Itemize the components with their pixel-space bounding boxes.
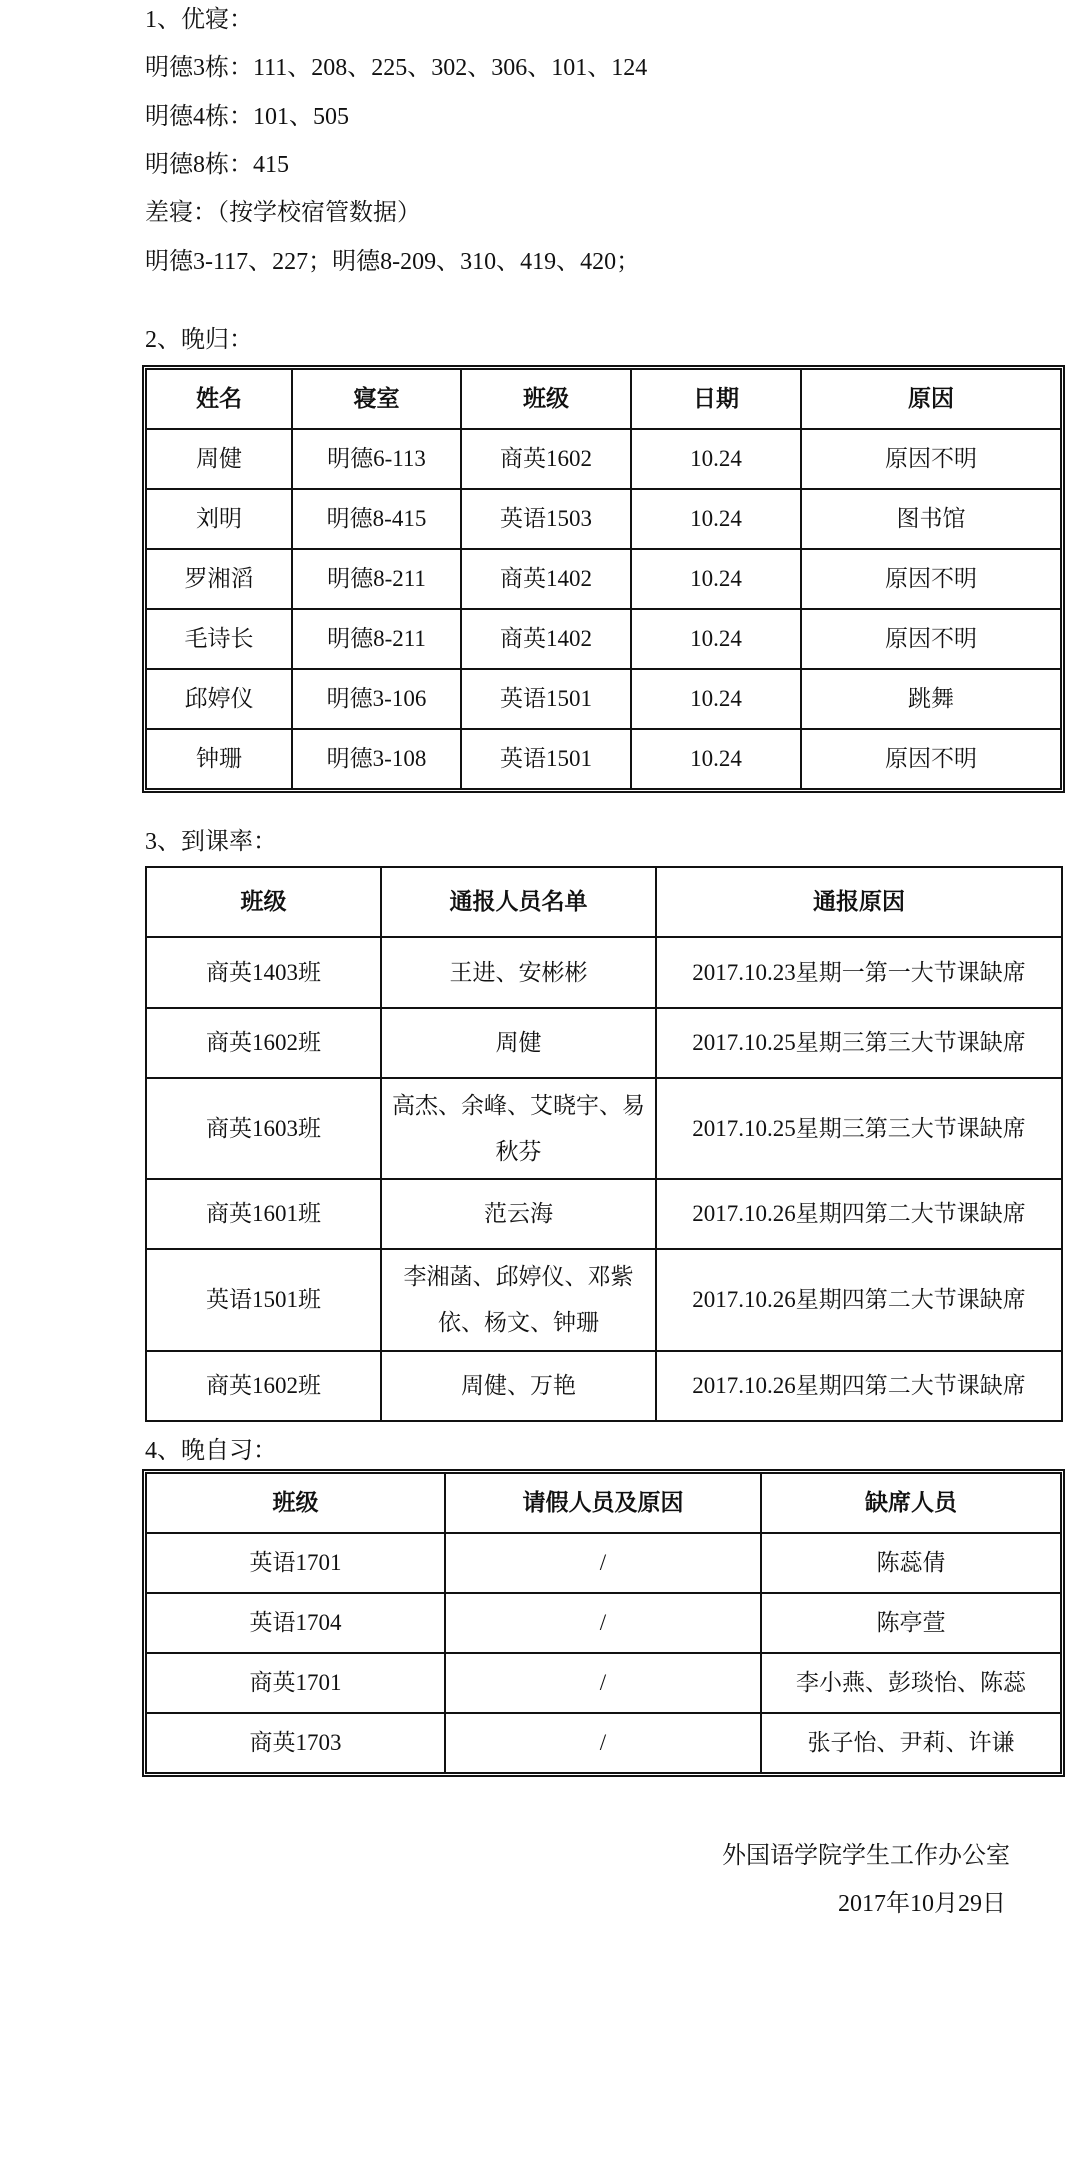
table-cell: 10.24 xyxy=(631,429,801,489)
table-row: 英语1701 / 陈蕊倩 xyxy=(146,1533,1061,1593)
table-cell: 原因不明 xyxy=(801,729,1061,789)
table-cell: 商英1602班 xyxy=(146,1008,381,1078)
table-row: 商英1701 / 李小燕、彭琰怡、陈蕊 xyxy=(146,1653,1061,1713)
table-cell: 高杰、余峰、艾晓宇、易秋芬 xyxy=(381,1078,656,1179)
table-header-row: 班级 通报人员名单 通报原因 xyxy=(146,867,1062,937)
column-header: 班级 xyxy=(146,867,381,937)
table-cell: 原因不明 xyxy=(801,429,1061,489)
column-header: 日期 xyxy=(631,369,801,429)
good-dorm-line-building3: 明德3栋：111、208、225、302、306、101、124 xyxy=(145,53,647,83)
column-header: 姓名 xyxy=(146,369,292,429)
table-cell: 英语1701 xyxy=(146,1533,445,1593)
table-cell: 明德6-113 xyxy=(292,429,461,489)
table-cell: 商英1602 xyxy=(461,429,631,489)
table-cell: 李小燕、彭琰怡、陈蕊 xyxy=(761,1653,1061,1713)
table-cell: 明德3-106 xyxy=(292,669,461,729)
table-cell: 商英1703 xyxy=(146,1713,445,1773)
table-cell: 商英1601班 xyxy=(146,1179,381,1249)
table-cell: 张子怡、尹莉、许谦 xyxy=(761,1713,1061,1773)
table-cell: 10.24 xyxy=(631,669,801,729)
table-cell: 2017.10.26星期四第二大节课缺席 xyxy=(656,1351,1062,1421)
table-cell: 图书馆 xyxy=(801,489,1061,549)
table-row: 罗湘滔 明德8-211 商英1402 10.24 原因不明 xyxy=(146,549,1061,609)
table-cell: 商英1403班 xyxy=(146,937,381,1008)
table-cell: 英语1704 xyxy=(146,1593,445,1653)
late-return-table: 姓名 寝室 班级 日期 原因 周健 明德6-113 商英1602 10.24 原… xyxy=(145,368,1062,790)
column-header: 缺席人员 xyxy=(761,1473,1061,1533)
table-row: 商英1602班 周健、万艳 2017.10.26星期四第二大节课缺席 xyxy=(146,1351,1062,1421)
table-row: 商英1602班 周健 2017.10.25星期三第三大节课缺席 xyxy=(146,1008,1062,1078)
table-cell: 王进、安彬彬 xyxy=(381,937,656,1008)
table-cell: 英语1501 xyxy=(461,669,631,729)
table-cell: 2017.10.25星期三第三大节课缺席 xyxy=(656,1078,1062,1179)
table-cell: 毛诗长 xyxy=(146,609,292,669)
table-cell: 商英1603班 xyxy=(146,1078,381,1179)
table-row: 商英1703 / 张子怡、尹莉、许谦 xyxy=(146,1713,1061,1773)
table-cell: 英语1503 xyxy=(461,489,631,549)
section1-heading: 1、优寝： xyxy=(145,5,253,35)
table-row: 钟珊 明德3-108 英语1501 10.24 原因不明 xyxy=(146,729,1061,789)
table-cell: / xyxy=(445,1593,761,1653)
column-header: 通报原因 xyxy=(656,867,1062,937)
table-cell: 罗湘滔 xyxy=(146,549,292,609)
table-cell: 明德3-108 xyxy=(292,729,461,789)
table-cell: 2017.10.26星期四第二大节课缺席 xyxy=(656,1179,1062,1249)
table-row: 刘明 明德8-415 英语1503 10.24 图书馆 xyxy=(146,489,1061,549)
table-cell: 原因不明 xyxy=(801,609,1061,669)
table-header-row: 班级 请假人员及原因 缺席人员 xyxy=(146,1473,1061,1533)
table-cell: 10.24 xyxy=(631,729,801,789)
table-cell: 周健 xyxy=(381,1008,656,1078)
table-cell: 明德8-211 xyxy=(292,549,461,609)
table-cell: 明德8-415 xyxy=(292,489,461,549)
table-cell: / xyxy=(445,1713,761,1773)
table-cell: 10.24 xyxy=(631,489,801,549)
table-cell: 10.24 xyxy=(631,609,801,669)
table-cell: 刘明 xyxy=(146,489,292,549)
column-header: 班级 xyxy=(146,1473,445,1533)
good-dorm-line-building4: 明德4栋：101、505 xyxy=(145,102,349,132)
table-cell: 商英1701 xyxy=(146,1653,445,1713)
table-header-row: 姓名 寝室 班级 日期 原因 xyxy=(146,369,1061,429)
table-cell: 邱婷仪 xyxy=(146,669,292,729)
bad-dorm-heading: 差寝：（按学校宿管数据） xyxy=(145,198,421,228)
column-header: 寝室 xyxy=(292,369,461,429)
table-row: 英语1501班 李湘菡、邱婷仪、邓紫依、杨文、钟珊 2017.10.26星期四第… xyxy=(146,1249,1062,1351)
table-cell: 陈亭萱 xyxy=(761,1593,1061,1653)
table-cell: 周健 xyxy=(146,429,292,489)
table-cell: 2017.10.23星期一第一大节课缺席 xyxy=(656,937,1062,1008)
column-header: 请假人员及原因 xyxy=(445,1473,761,1533)
attendance-table: 班级 通报人员名单 通报原因 商英1403班 王进、安彬彬 2017.10.23… xyxy=(145,866,1063,1422)
section2-heading: 2、晚归： xyxy=(145,325,253,355)
table-cell: / xyxy=(445,1533,761,1593)
table-cell: 商英1402 xyxy=(461,549,631,609)
table-cell: 陈蕊倩 xyxy=(761,1533,1061,1593)
column-header: 原因 xyxy=(801,369,1061,429)
table-cell: 英语1501 xyxy=(461,729,631,789)
bad-dorm-line: 明德3-117、227；明德8-209、310、419、420； xyxy=(145,247,640,277)
column-header: 通报人员名单 xyxy=(381,867,656,937)
table-cell: 原因不明 xyxy=(801,549,1061,609)
table-row: 周健 明德6-113 商英1602 10.24 原因不明 xyxy=(146,429,1061,489)
issuing-office: 外国语学院学生工作办公室 xyxy=(722,1841,1010,1871)
table-row: 商英1601班 范云海 2017.10.26星期四第二大节课缺席 xyxy=(146,1179,1062,1249)
issue-date: 2017年10月29日 xyxy=(838,1889,1006,1919)
table-cell: 2017.10.25星期三第三大节课缺席 xyxy=(656,1008,1062,1078)
table-cell: 2017.10.26星期四第二大节课缺席 xyxy=(656,1249,1062,1351)
table-cell: 跳舞 xyxy=(801,669,1061,729)
table-cell: 李湘菡、邱婷仪、邓紫依、杨文、钟珊 xyxy=(381,1249,656,1351)
table-cell: / xyxy=(445,1653,761,1713)
section4-heading: 4、晚自习： xyxy=(145,1436,277,1466)
table-row: 英语1704 / 陈亭萱 xyxy=(146,1593,1061,1653)
table-cell: 10.24 xyxy=(631,549,801,609)
table-cell: 商英1402 xyxy=(461,609,631,669)
table-cell: 商英1602班 xyxy=(146,1351,381,1421)
table-row: 商英1403班 王进、安彬彬 2017.10.23星期一第一大节课缺席 xyxy=(146,937,1062,1008)
table-cell: 英语1501班 xyxy=(146,1249,381,1351)
evening-study-table: 班级 请假人员及原因 缺席人员 英语1701 / 陈蕊倩 英语1704 / 陈亭… xyxy=(145,1472,1062,1774)
table-row: 商英1603班 高杰、余峰、艾晓宇、易秋芬 2017.10.25星期三第三大节课… xyxy=(146,1078,1062,1179)
table-row: 毛诗长 明德8-211 商英1402 10.24 原因不明 xyxy=(146,609,1061,669)
good-dorm-line-building8: 明德8栋：415 xyxy=(145,150,289,180)
table-row: 邱婷仪 明德3-106 英语1501 10.24 跳舞 xyxy=(146,669,1061,729)
table-cell: 范云海 xyxy=(381,1179,656,1249)
table-cell: 明德8-211 xyxy=(292,609,461,669)
table-cell: 周健、万艳 xyxy=(381,1351,656,1421)
table-cell: 钟珊 xyxy=(146,729,292,789)
column-header: 班级 xyxy=(461,369,631,429)
section3-heading: 3、到课率： xyxy=(145,827,277,857)
